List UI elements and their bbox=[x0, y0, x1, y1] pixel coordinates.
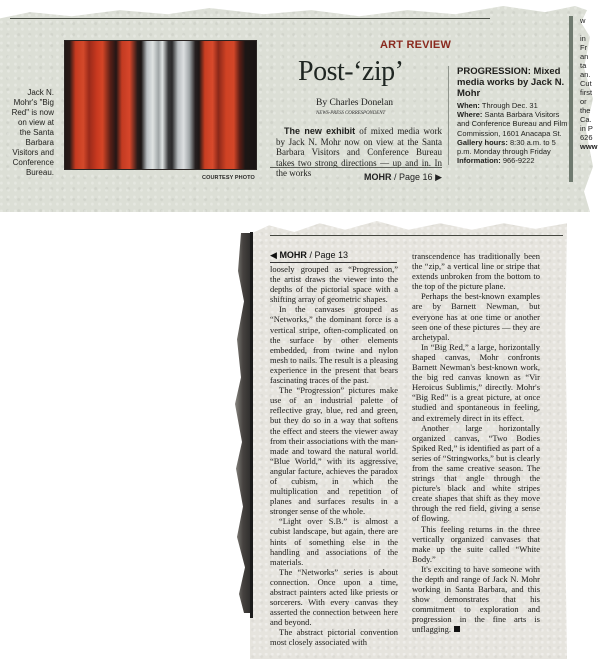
fragment-line: Cut bbox=[580, 79, 599, 88]
top-rule-divider bbox=[10, 18, 490, 19]
info-where: Where: Santa Barbara Visitors and Confer… bbox=[457, 110, 569, 138]
paragraph: “Light over S.B.” is almost a cubist lan… bbox=[270, 516, 398, 566]
fragment-line bbox=[580, 25, 599, 34]
end-of-story-icon bbox=[454, 626, 460, 632]
info-when: When: Through Dec. 31 bbox=[457, 101, 569, 110]
jump-page: / Page 13 bbox=[309, 250, 348, 260]
photo-caption: Jack N. Mohr's "Big Red" is now on view … bbox=[6, 88, 54, 178]
play-arrow-icon: ▶ bbox=[435, 172, 442, 182]
paragraph: The abstract pictorial convention most c… bbox=[270, 627, 398, 647]
info-label: Gallery hours: bbox=[457, 138, 508, 147]
byline-role: NEWS-PRESS CORRESPONDENT bbox=[316, 111, 385, 116]
fragment-line: first bbox=[580, 88, 599, 97]
adjacent-column-fragment: w in Fr an ta an. Cut first or the Ca. i… bbox=[580, 16, 599, 151]
back-arrow-icon: ◀ bbox=[270, 250, 277, 260]
info-box-title: PROGRESSION: Mixed media works by Jack N… bbox=[457, 66, 569, 99]
continued-from-jump: ◀ MOHR / Page 13 bbox=[270, 250, 348, 261]
jump-rule-divider bbox=[270, 262, 397, 263]
photo-credit: COURTESY PHOTO bbox=[202, 175, 255, 181]
info-value: 966-9222 bbox=[501, 156, 535, 165]
info-label: Information: bbox=[457, 156, 501, 165]
article-column-right: transcendence has traditionally been the… bbox=[412, 251, 540, 635]
lede-paragraph: The new exhibit of mixed media work by J… bbox=[276, 126, 442, 179]
fragment-line: www bbox=[580, 142, 599, 151]
jump-page: / Page 16 bbox=[394, 172, 433, 182]
info-phone: Information: 966-9222 bbox=[457, 156, 569, 165]
paragraph: transcendence has traditionally been the… bbox=[412, 251, 540, 291]
final-paragraph-text: It's exciting to have someone with the d… bbox=[412, 564, 540, 635]
paragraph: In the canvases grouped as “Networks,” t… bbox=[270, 304, 398, 385]
paragraph: The “Networks” series is about connectio… bbox=[270, 567, 398, 628]
info-label: Where: bbox=[457, 110, 482, 119]
section-label: ART REVIEW bbox=[380, 39, 451, 51]
fragment-line: an bbox=[580, 52, 599, 61]
paragraph-final: It's exciting to have someone with the d… bbox=[412, 564, 540, 635]
fragment-line: 626 bbox=[580, 133, 599, 142]
headline: Post-‘zip’ bbox=[298, 56, 403, 88]
info-gallery-hours: Gallery hours: 8:30 a.m. to 5 p.m. Monda… bbox=[457, 138, 569, 156]
fragment-line: in P bbox=[580, 124, 599, 133]
lede-rule-divider bbox=[270, 167, 442, 168]
fragment-line: w bbox=[580, 16, 599, 25]
fragment-line: or bbox=[580, 97, 599, 106]
info-value: Through Dec. 31 bbox=[480, 101, 538, 110]
fragment-line: an. bbox=[580, 70, 599, 79]
jump-slug: MOHR bbox=[279, 250, 307, 260]
paragraph: The “Progression” pictures make use of a… bbox=[270, 385, 398, 516]
fragment-line: ta bbox=[580, 61, 599, 70]
lede-bold-lead: The new exhibit bbox=[284, 126, 355, 136]
jump-slug: MOHR bbox=[364, 172, 392, 182]
paragraph: Perhaps the best-known examples are by B… bbox=[412, 291, 540, 341]
fragment-line: the bbox=[580, 106, 599, 115]
byline: By Charles Donelan bbox=[316, 98, 393, 108]
paragraph: Another large horizontally organized can… bbox=[412, 423, 540, 524]
paragraph: loosely grouped as “Progression,” the ar… bbox=[270, 264, 398, 304]
fragment-line: Ca. bbox=[580, 115, 599, 124]
paragraph: In “Big Red,” a large, horizontally shap… bbox=[412, 342, 540, 423]
paragraph: This feeling returns in the three vertic… bbox=[412, 524, 540, 564]
info-label: When: bbox=[457, 101, 480, 110]
exhibit-info-box: PROGRESSION: Mixed media works by Jack N… bbox=[448, 66, 569, 165]
bottom-rule-divider bbox=[270, 235, 563, 236]
page-edge-shadow bbox=[250, 232, 253, 618]
fragment-line: Fr bbox=[580, 43, 599, 52]
column-rule-bar bbox=[569, 16, 573, 182]
continued-on-jump: MOHR / Page 16 ▶ bbox=[364, 172, 442, 183]
artwork-photo-big-red bbox=[64, 40, 257, 170]
article-column-left: loosely grouped as “Progression,” the ar… bbox=[270, 264, 398, 648]
fragment-line: in bbox=[580, 34, 599, 43]
